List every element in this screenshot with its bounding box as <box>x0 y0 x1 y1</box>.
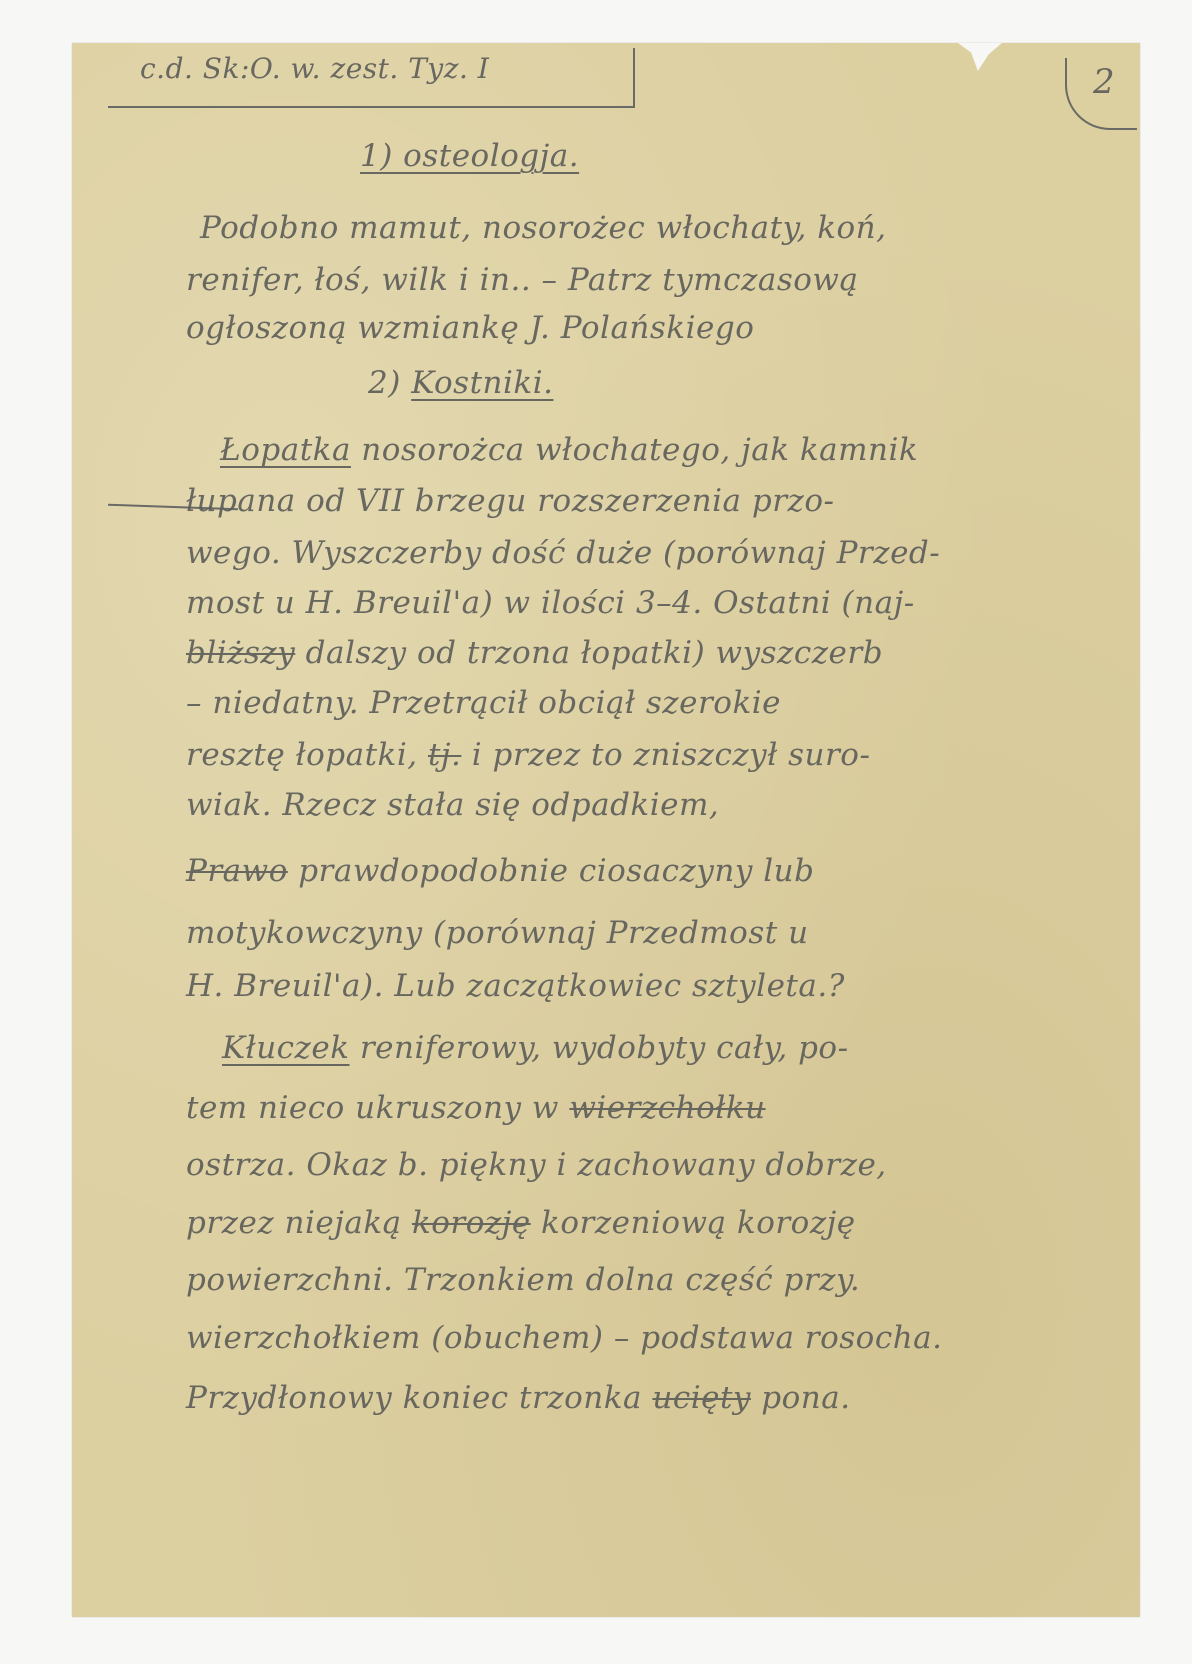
text-line: – niedatny. Przetrącił obciął szerokie <box>186 685 781 721</box>
text-line: ostrza. Okaz b. piękny i zachowany dobrz… <box>186 1147 887 1183</box>
text-line: Prawo prawdopodobnie ciosaczyny lub <box>186 853 814 889</box>
line-text: nosorożca włochatego, jak kamnik <box>351 432 918 468</box>
text-line: Łopatka nosorożca włochatego, jak kamnik <box>220 432 918 468</box>
struck-word: tj. <box>428 737 461 773</box>
text-line: bliższy dalszy od trzona łopatki) wyszcz… <box>186 635 883 671</box>
text-line: ogłoszoną wzmiankę J. Polańskiego <box>186 310 754 346</box>
text-line: tem nieco ukruszony w wierzchołku <box>186 1090 766 1126</box>
line-text: reniferowy, wydobyty cały, po- <box>350 1030 849 1066</box>
text-line: H. Breuil'a). Lub zaczątkowiec sztyleta.… <box>186 968 845 1004</box>
text-line: resztę łopatki, tj. i przez to zniszczył… <box>186 737 870 773</box>
line-text: tem nieco ukruszony w <box>186 1090 569 1126</box>
underlined-word: Łopatka <box>220 432 351 468</box>
line-text: resztę łopatki, <box>186 737 428 773</box>
text-line: most u H. Breuil'a) w ilości 3–4. Ostatn… <box>186 585 915 621</box>
struck-word: korozję <box>412 1205 531 1241</box>
text-line: motykowczyny (porównaj Przedmost u <box>186 915 809 951</box>
struck-word: Prawo <box>186 853 288 889</box>
page-number: 2 <box>1093 62 1115 102</box>
heading-number: 2) <box>368 365 401 401</box>
struck-word: wierzchołku <box>569 1090 765 1126</box>
line-text: Przydłonowy koniec trzonka <box>186 1380 652 1416</box>
text-line: wierzchołkiem (obuchem) – podstawa rosoc… <box>186 1320 943 1356</box>
underlined-word: Kłuczek <box>222 1030 350 1066</box>
line-text: i przez to zniszczył suro- <box>461 737 870 773</box>
text-line: Przydłonowy koniec trzonka ucięty pona. <box>186 1380 851 1416</box>
archive-reference: c.d. Sk:O. w. zest. Tyz. I <box>140 52 489 85</box>
line-text: prawdopodobnie ciosaczyny lub <box>288 853 815 889</box>
line-text: pona. <box>751 1380 851 1416</box>
struck-word: bliższy <box>186 635 295 671</box>
text-line: wego. Wyszczerby dość duże (porównaj Prz… <box>186 535 940 571</box>
heading-text: Kostniki. <box>411 365 553 401</box>
text-line: przez niejaką korozję korzeniową korozję <box>186 1205 856 1241</box>
heading-text: 1) osteologja. <box>360 138 579 174</box>
text-line: łupana od VII brzegu rozszerzenia przo- <box>186 483 835 519</box>
text-line: Podobno mamut, nosorożec włochaty, koń, <box>200 210 886 246</box>
line-text: przez niejaką <box>186 1205 412 1241</box>
text-line: wiak. Rzecz stała się odpadkiem, <box>186 787 719 823</box>
line-text: korzeniową korozję <box>531 1205 856 1241</box>
text-line: Kłuczek reniferowy, wydobyty cały, po- <box>222 1030 849 1066</box>
struck-word: ucięty <box>652 1380 751 1416</box>
text-line: renifer, łoś, wilk i in.. – Patrz tymcza… <box>186 262 858 298</box>
text-line: powierzchni. Trzonkiem dolna część przy. <box>186 1262 860 1298</box>
section-heading-bone-tools: 2) Kostniki. <box>368 365 553 401</box>
section-heading-osteology: 1) osteologja. <box>360 138 579 174</box>
line-text: dalszy od trzona łopatki) wyszczerb <box>295 635 883 671</box>
